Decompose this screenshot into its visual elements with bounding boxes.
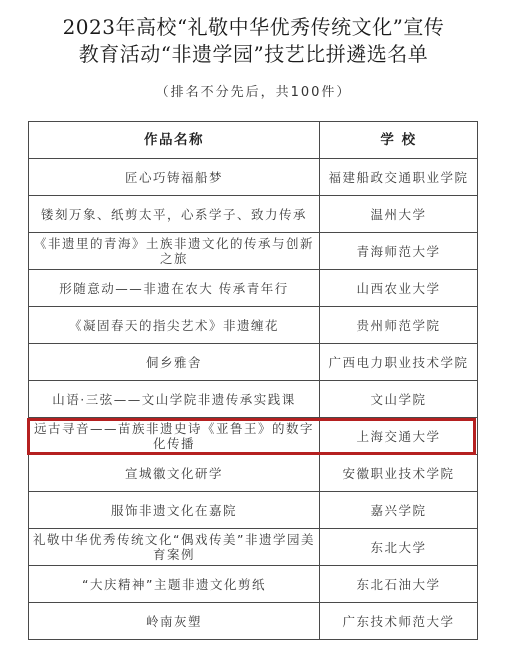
work-name: 宣城徽文化研学	[29, 455, 320, 492]
work-name: 远古寻音——苗族非遗史诗《亚鲁王》的数字化传播	[29, 418, 320, 455]
table-row: 镂刻万象、纸剪太平，心系学子、致力传承温州大学	[29, 196, 478, 233]
work-name: 镂刻万象、纸剪太平，心系学子、致力传承	[29, 196, 320, 233]
table-row: 服饰非遗文化在嘉院嘉兴学院	[29, 492, 478, 529]
title-line-2: 教育活动“非遗学园”技艺比拼遴选名单	[0, 41, 507, 68]
school-name: 上海交通大学	[320, 418, 478, 455]
document-subtitle: （排名不分先后，共100件）	[0, 81, 507, 100]
school-name: 广东技术师范大学	[320, 603, 478, 640]
school-name: 福建船政交通职业学院	[320, 159, 478, 196]
school-name: 文山学院	[320, 381, 478, 418]
header-work-name: 作品名称	[29, 122, 320, 159]
school-name: 贵州师范学院	[320, 307, 478, 344]
school-name: 山西农业大学	[320, 270, 478, 307]
selection-list-table: 作品名称 学 校 匠心巧铸福船梦福建船政交通职业学院 镂刻万象、纸剪太平，心系学…	[28, 121, 478, 640]
document-title: 2023年高校“礼敬中华优秀传统文化”宣传 教育活动“非遗学园”技艺比拼遴选名单	[0, 14, 507, 68]
work-name: 服饰非遗文化在嘉院	[29, 492, 320, 529]
work-name: 匠心巧铸福船梦	[29, 159, 320, 196]
table-row: “大庆精神”主题非遗文化剪纸东北石油大学	[29, 566, 478, 603]
work-name: “大庆精神”主题非遗文化剪纸	[29, 566, 320, 603]
school-name: 广西电力职业技术学院	[320, 344, 478, 381]
table-row: 《凝固春天的指尖艺术》非遗缠花贵州师范学院	[29, 307, 478, 344]
work-name: 《凝固春天的指尖艺术》非遗缠花	[29, 307, 320, 344]
table-row: 岭南灰塑广东技术师范大学	[29, 603, 478, 640]
work-name: 礼敬中华优秀传统文化“偶戏传美”非遗学园美育案例	[29, 529, 320, 566]
school-name: 东北石油大学	[320, 566, 478, 603]
table-row: 《非遗里的青海》土族非遗文化的传承与创新之旅青海师范大学	[29, 233, 478, 270]
work-name: 岭南灰塑	[29, 603, 320, 640]
table-row: 侗乡雅舍广西电力职业技术学院	[29, 344, 478, 381]
school-name: 东北大学	[320, 529, 478, 566]
work-name: 《非遗里的青海》土族非遗文化的传承与创新之旅	[29, 233, 320, 270]
table-row: 山语·三弦——文山学院非遗传承实践课文山学院	[29, 381, 478, 418]
table-row: 礼敬中华优秀传统文化“偶戏传美”非遗学园美育案例东北大学	[29, 529, 478, 566]
school-name: 安徽职业技术学院	[320, 455, 478, 492]
school-name: 嘉兴学院	[320, 492, 478, 529]
school-name: 青海师范大学	[320, 233, 478, 270]
work-name: 山语·三弦——文山学院非遗传承实践课	[29, 381, 320, 418]
school-name: 温州大学	[320, 196, 478, 233]
work-name: 侗乡雅舍	[29, 344, 320, 381]
header-school: 学 校	[320, 122, 478, 159]
table-row: 形随意动——非遗在农大 传承青年行山西农业大学	[29, 270, 478, 307]
table-row: 宣城徽文化研学安徽职业技术学院	[29, 455, 478, 492]
table-header-row: 作品名称 学 校	[29, 122, 478, 159]
title-line-1: 2023年高校“礼敬中华优秀传统文化”宣传	[0, 14, 507, 41]
work-name: 形随意动——非遗在农大 传承青年行	[29, 270, 320, 307]
table-row: 匠心巧铸福船梦福建船政交通职业学院	[29, 159, 478, 196]
table-row-highlighted: 远古寻音——苗族非遗史诗《亚鲁王》的数字化传播上海交通大学	[29, 418, 478, 455]
